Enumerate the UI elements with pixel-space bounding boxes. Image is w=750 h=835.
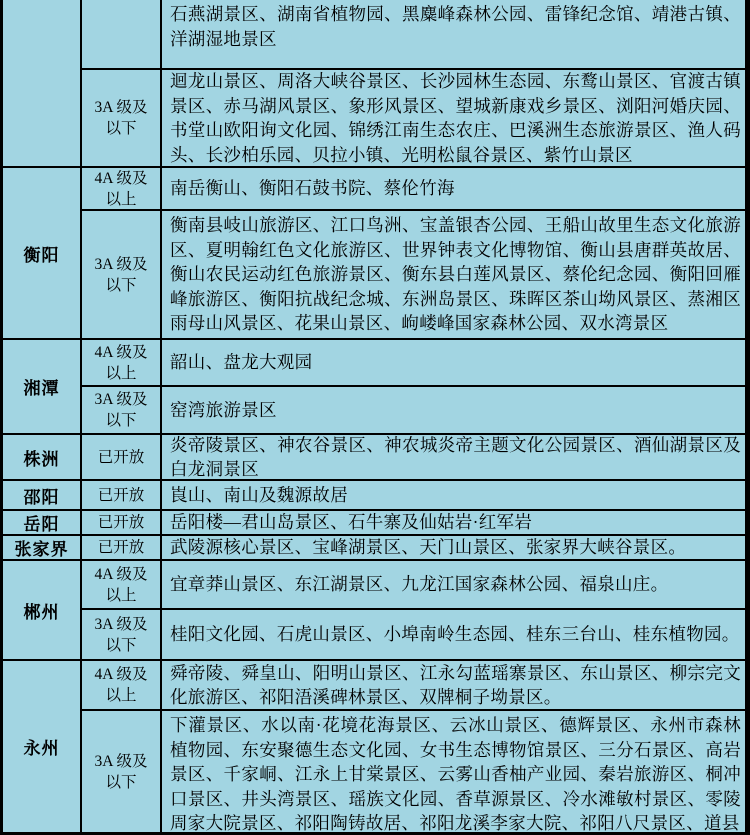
spots-text: 炎帝陵景区、神农谷景区、神农城炎帝主题文化公园景区、酒仙湖景区及白龙洞景区	[170, 435, 741, 481]
category-cell-zhangjiajie-open: 已开放	[82, 536, 162, 561]
category-cell-xiangtan-4a: 4A 级及 以上	[82, 340, 162, 387]
category-cell-hengyang-4a: 4A 级及 以上	[82, 168, 162, 211]
spots-text: 武陵源核心景区、宝峰湖景区、天门山景区、张家界大峡谷景区。	[170, 536, 741, 560]
spots-text: 岳阳楼—君山岛景区、石牛寨及仙姑岩·红军岩	[170, 511, 741, 535]
city-cell-chenzhou: 郴州	[3, 561, 82, 661]
spots-text: 迴龙山景区、周洛大峡谷景区、长沙园林生态园、东鹜山景区、官渡古镇景区、赤马湖风景…	[170, 70, 741, 167]
city-cell-zhangjiajie: 张家界	[3, 536, 82, 561]
spots-text: 南岳衡山、衡阳石鼓书院、蔡伦竹海	[170, 176, 741, 201]
spots-cell-shaoyang: 崀山、南山及魏源故居	[162, 481, 747, 511]
category-cell-zhuzhou-open: 已开放	[82, 435, 162, 481]
spots-cell-yongzhou-3a: 下灌景区、水以南·花境花海景区、云冰山景区、德辉景区、永州市森林植物园、东安聚德…	[162, 711, 747, 832]
city-cell-blank	[3, 0, 82, 168]
spots-cell-zhuzhou: 炎帝陵景区、神农谷景区、神农城炎帝主题文化公园景区、酒仙湖景区及白龙洞景区	[162, 435, 747, 481]
spots-text: 窑湾旅游景区	[170, 398, 741, 423]
spots-cell-chenzhou-3a: 桂阳文化园、石虎山景区、小埠南岭生态园、桂东三台山、桂东植物园。	[162, 610, 747, 661]
spots-cell-changsha-top: 石燕湖景区、湖南省植物园、黑麋峰森林公园、雷锋纪念馆、靖港古镇、洋湖湿地景区	[162, 0, 747, 70]
spots-cell-yongzhou-4a: 舜帝陵、舜皇山、阳明山景区、江永勾蓝瑶寨景区、东山景区、柳宗完文化旅游区、祁阳浯…	[162, 661, 747, 711]
city-cell-hengyang: 衡阳	[3, 168, 82, 340]
category-cell-changsha-3a: 3A 级及 以下	[82, 70, 162, 168]
category-cell-yongzhou-4a: 4A 级及 以上	[82, 661, 162, 711]
city-cell-yueyang: 岳阳	[3, 511, 82, 536]
category-cell-hengyang-3a: 3A 级及 以下	[82, 211, 162, 340]
spots-cell-zhangjiajie: 武陵源核心景区、宝峰湖景区、天门山景区、张家界大峡谷景区。	[162, 536, 747, 561]
spots-text: 桂阳文化园、石虎山景区、小埠南岭生态园、桂东三台山、桂东植物园。	[170, 622, 741, 647]
city-cell-shaoyang: 邵阳	[3, 481, 82, 511]
spots-text: 崀山、南山及魏源故居	[170, 483, 741, 508]
category-cell-shaoyang-open: 已开放	[82, 481, 162, 511]
spots-text: 舜帝陵、舜皇山、阳明山景区、江永勾蓝瑶寨景区、东山景区、柳宗完文化旅游区、祁阳浯…	[170, 661, 741, 710]
spots-cell-xiangtan-3a: 窑湾旅游景区	[162, 387, 747, 435]
spots-cell-chenzhou-4a: 宜章莽山景区、东江湖景区、九龙江国家森林公园、福泉山庄。	[162, 561, 747, 610]
spots-cell-hengyang-4a: 南岳衡山、衡阳石鼓书院、蔡伦竹海	[162, 168, 747, 211]
category-cell-yueyang-open: 已开放	[82, 511, 162, 536]
spots-cell-hengyang-3a: 衡南县岐山旅游区、江口鸟洲、宝盖银杏公园、王船山故里生态文化旅游区、夏明翰红色文…	[162, 211, 747, 340]
spots-text: 韶山、盘龙大观园	[170, 350, 741, 375]
category-cell-xiangtan-3a: 3A 级及 以下	[82, 387, 162, 435]
city-cell-yongzhou: 永州	[3, 661, 82, 832]
spots-text: 宜章莽山景区、东江湖景区、九龙江国家森林公园、福泉山庄。	[170, 572, 741, 597]
category-cell-chenzhou-4a: 4A 级及 以上	[82, 561, 162, 610]
spots-text: 下灌景区、水以南·花境花海景区、云冰山景区、德辉景区、永州市森林植物园、东安聚德…	[170, 712, 741, 832]
category-cell-yongzhou-3a: 3A 级及 以下	[82, 711, 162, 832]
category-cell-blank	[82, 0, 162, 70]
spots-cell-yueyang: 岳阳楼—君山岛景区、石牛寨及仙姑岩·红军岩	[162, 511, 747, 536]
city-cell-xiangtan: 湘潭	[3, 340, 82, 435]
city-cell-zhuzhou: 株洲	[3, 435, 82, 481]
spots-cell-xiangtan-4a: 韶山、盘龙大观园	[162, 340, 747, 387]
spots-cell-changsha-3a: 迴龙山景区、周洛大峡谷景区、长沙园林生态园、东鹜山景区、官渡古镇景区、赤马湖风景…	[162, 70, 747, 168]
scenic-area-table: 衡阳 湘潭 株洲 邵阳 岳阳 张家界 郴州 永州 3A 级及 以下 4A 级及 …	[0, 0, 750, 835]
spots-text: 衡南县岐山旅游区、江口鸟洲、宝盖银杏公园、王船山故里生态文化旅游区、夏明翰红色文…	[170, 213, 741, 336]
category-cell-chenzhou-3a: 3A 级及 以下	[82, 610, 162, 661]
spots-text: 石燕湖景区、湖南省植物园、黑麋峰森林公园、雷锋纪念馆、靖港古镇、洋湖湿地景区	[170, 1, 741, 51]
